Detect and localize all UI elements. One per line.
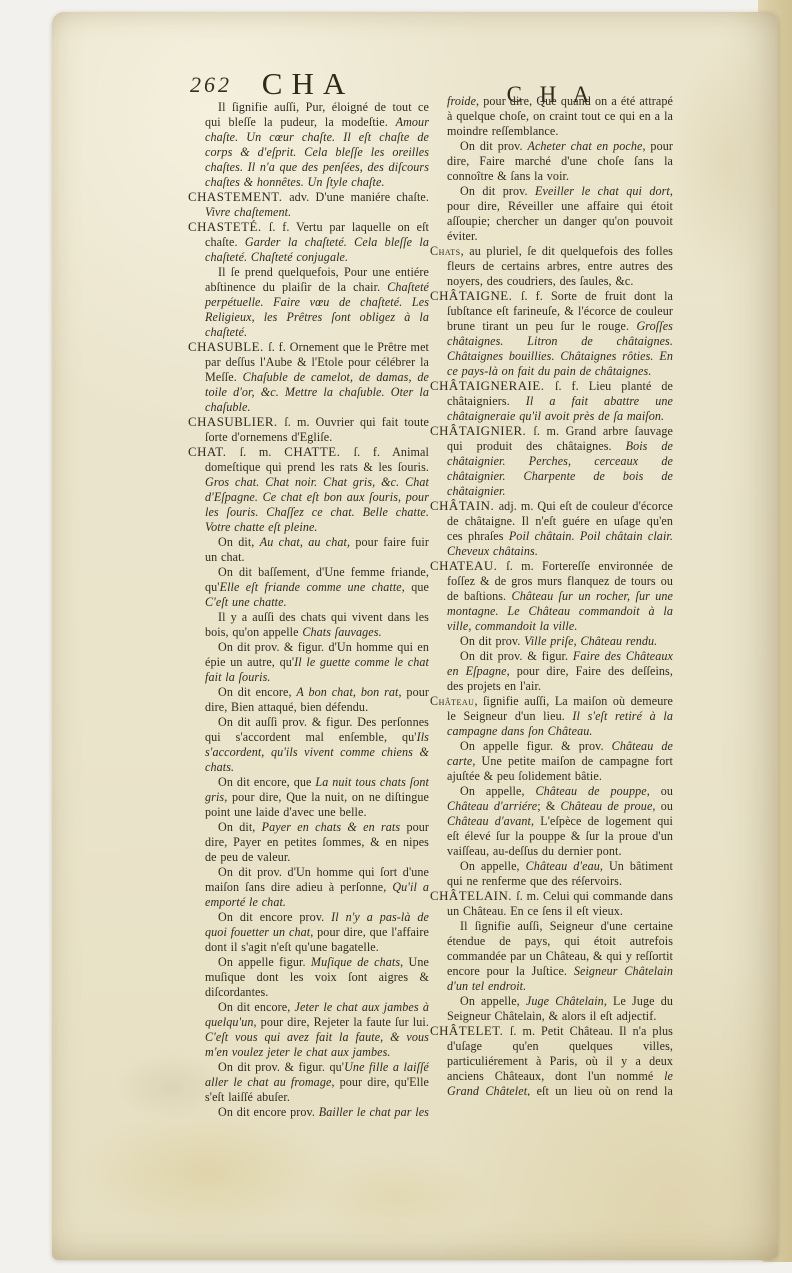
headword: CHÂTELAIN.: [430, 889, 516, 903]
body-text: On appelle,: [460, 784, 535, 798]
example-text: C'eſt vous qui avez fait la faute, & vou…: [205, 1030, 429, 1059]
example-text: Château d'avant: [447, 814, 531, 828]
body-text: On dit prov.: [460, 634, 524, 648]
paragraph: CHATEAU. ſ. m. Fortereſſe environnée de …: [447, 559, 673, 634]
paragraph: On dit auſſi prov. & figur. Des perſonne…: [205, 715, 429, 775]
paragraph: On appelle, Juge Châtelain, Le Juge du S…: [447, 994, 673, 1024]
example-text: Gros chat. Chat noir. Chat gris, &c. Cha…: [205, 475, 429, 534]
example-text: Muſique de chats: [311, 955, 400, 969]
left-column: Il ſignifie auſſi, Pur, éloigné de tout …: [188, 100, 429, 1122]
body-text: , ou: [652, 799, 673, 813]
example-text: A bon chat, bon rat: [296, 685, 398, 699]
headword: CHATEAU.: [430, 559, 506, 573]
paragraph: CHÂTELAIN. ſ. m. Celui qui commande dans…: [447, 889, 673, 919]
paragraph: On dit encore, Jeter le chat aux jambes …: [205, 1000, 429, 1060]
example-text: Acheter chat en poche: [527, 139, 642, 153]
paragraph: On dit prov. & figur. qu'Une fille a lai…: [205, 1060, 429, 1105]
paragraph: On dit prov. & figur. d'Un homme qui en …: [205, 640, 429, 685]
paragraph: CHÂTAIGNE. ſ. f. Sorte de fruit dont la …: [447, 289, 673, 379]
example-text: Elle eſt friande comme une chatte: [220, 580, 402, 594]
body-text: On appelle figur.: [218, 955, 311, 969]
body-text: ; &: [537, 799, 560, 813]
paragraph: On appelle figur. Muſique de chats, Une …: [205, 955, 429, 1000]
paragraph: froide, pour dire, Que quand on a été at…: [447, 94, 673, 139]
book-scan: 262 CHA C H A Il ſignifie auſſi, Pur, él…: [0, 0, 792, 1273]
body-text: On appelle figur. & prov.: [460, 739, 612, 753]
headword: CHÂTAIGNERAIE.: [430, 379, 555, 393]
paragraph: CHÂTAIN. adj. m. Qui eſt de couleur d'éc…: [447, 499, 673, 559]
paragraph: On dit prov. & figur. Faire des Châteaux…: [447, 649, 673, 694]
body-text: On dit encore prov.: [218, 910, 331, 924]
paragraph: On appelle figur. & prov. Château de car…: [447, 739, 673, 784]
paper-stain: [302, 1152, 492, 1242]
body-text: , pour dire, Préſenter une choſe par l'e…: [205, 1120, 429, 1122]
body-text: , pour dire, Rejeter la faute ſur lui.: [254, 1015, 430, 1029]
paragraph: On dit prov. Eveiller le chat qui dort, …: [447, 184, 673, 244]
paragraph: Il y a auſſi des chats qui vivent dans l…: [205, 610, 429, 640]
body-text: , pour dire, Que la nuit, on ne diſtingu…: [205, 790, 429, 819]
body-text: On dit encore, que: [218, 775, 315, 789]
paragraph: CHASTEMENT. adv. D'une maniére chaſte. V…: [205, 190, 429, 220]
body-text: , au pluriel, ſe dit quelquefois des fol…: [447, 244, 673, 288]
paragraph: On dit, Au chat, au chat, pour faire fui…: [205, 535, 429, 565]
paragraph: CHASUBLIER. ſ. m. Ouvrier qui fait toute…: [205, 415, 429, 445]
paper-stain: [672, 42, 782, 282]
body-text: On dit,: [218, 535, 260, 549]
headword: CHASTEMENT.: [188, 190, 289, 204]
paragraph: On dit encore, que La nuit tous chats ſo…: [205, 775, 429, 820]
example-text: Vivre chaſtement.: [205, 205, 291, 219]
headword: CHATTE.: [284, 445, 353, 459]
body-text: On dit prov.: [460, 139, 527, 153]
example-text: Château d'eau: [526, 859, 600, 873]
body-text: Une petite maiſon de campagne fort ajuſt…: [447, 754, 673, 783]
headword: CHASUBLE.: [188, 340, 268, 354]
paragraph: CHASUBLE. ſ. f. Ornement que le Prêtre m…: [205, 340, 429, 415]
example-text: Château de pouppe: [535, 784, 646, 798]
paragraph: On appelle, Château d'eau, Un bâtiment q…: [447, 859, 673, 889]
paragraph: On dit encore prov. Il n'y a pas-là de q…: [205, 910, 429, 955]
example-text: Payer en chats & en rats: [262, 820, 401, 834]
body-text: On dit encore,: [218, 685, 296, 699]
body-text: ſ. m.: [240, 445, 285, 459]
paragraph: CHASTETÉ. ſ. f. Vertu par laquelle on eſ…: [205, 220, 429, 265]
body-text: adv. D'une maniére chaſte.: [289, 190, 429, 204]
headword: CHASUBLIER.: [188, 415, 284, 429]
example-text: Eveiller le chat qui dort: [535, 184, 670, 198]
paragraph: Château, ſignifie auſſi, La maiſon où de…: [447, 694, 673, 739]
example-text: Château de proue: [561, 799, 653, 813]
paragraph: Chats, au pluriel, ſe dit quelquefois de…: [447, 244, 673, 289]
body-text: Château: [430, 694, 474, 708]
headword: CHÂTAIGNE.: [430, 289, 521, 303]
body-text: , que: [402, 580, 429, 594]
paragraph: CHAT. ſ. m. CHATTE. ſ. f. Animal domeſti…: [205, 445, 429, 535]
example-text: Ville priſe, Château rendu.: [524, 634, 657, 648]
paragraph: Il ſe prend quelquefois, Pour une entiér…: [205, 265, 429, 340]
paragraph: On dit, Payer en chats & en rats pour di…: [205, 820, 429, 865]
body-text: , ou: [647, 784, 673, 798]
paragraph: CHÂTELET. ſ. m. Petit Château. Il n'a pl…: [447, 1024, 673, 1096]
paragraph: On dit prov. Ville priſe, Château rendu.: [447, 634, 673, 649]
example-text: Juge Châtelain: [526, 994, 604, 1008]
body-text: On dit encore,: [218, 1000, 295, 1014]
headword: CHÂTAIGNIER.: [430, 424, 533, 438]
paper-stain: [72, 1107, 342, 1237]
paragraph: Il ſignifie auſſi, Pur, éloigné de tout …: [205, 100, 429, 190]
dictionary-page: 262 CHA C H A Il ſignifie auſſi, Pur, él…: [52, 12, 778, 1260]
paragraph: On appelle, Château de pouppe, ou Châtea…: [447, 784, 673, 859]
headword: CHASTETÉ.: [188, 220, 269, 234]
example-text: Au chat, au chat,: [260, 535, 350, 549]
example-text: froide: [447, 94, 476, 108]
paragraph: CHÂTAIGNERAIE. ſ. f. Lieu planté de chât…: [447, 379, 673, 424]
paragraph: CHÂTAIGNIER. ſ. m. Grand arbre ſauvage q…: [447, 424, 673, 499]
example-text: Château d'arriére: [447, 799, 537, 813]
paragraph: On dit encore prov. Bailler le chat par …: [205, 1105, 429, 1122]
body-text: Chats: [430, 244, 461, 258]
paragraph: Il ſignifie auſſi, Seigneur d'une certai…: [447, 919, 673, 994]
headword: CHÂTAIN.: [430, 499, 499, 513]
headword: CHÂTELET.: [430, 1024, 510, 1038]
body-text: On dit prov. & figur.: [460, 649, 573, 663]
headword: CHAT.: [188, 445, 240, 459]
paragraph: On dit baſſement, d'Une femme friande, q…: [205, 565, 429, 610]
body-text: On dit,: [218, 820, 262, 834]
body-text: On appelle,: [460, 859, 526, 873]
paragraph: On dit prov. d'Un homme qui ſort d'une m…: [205, 865, 429, 910]
example-text: Chats ſauvages.: [302, 625, 381, 639]
body-text: On dit prov. & figur. qu': [218, 1060, 344, 1074]
example-text: C'eſt une chatte.: [205, 595, 287, 609]
body-text: On dit encore prov.: [218, 1105, 319, 1119]
paragraph: On dit prov. Acheter chat en poche, pour…: [447, 139, 673, 184]
body-text: On dit auſſi prov. & figur. Des perſonne…: [205, 715, 429, 744]
body-text: , pour dire, Que quand on a été attrapé …: [447, 94, 673, 138]
paragraph: On dit encore, A bon chat, bon rat, pour…: [205, 685, 429, 715]
running-head-left: CHA: [188, 66, 428, 102]
body-text: On appelle,: [460, 994, 526, 1008]
right-column: froide, pour dire, Que quand on a été at…: [430, 94, 673, 1096]
body-text: On dit prov.: [460, 184, 535, 198]
